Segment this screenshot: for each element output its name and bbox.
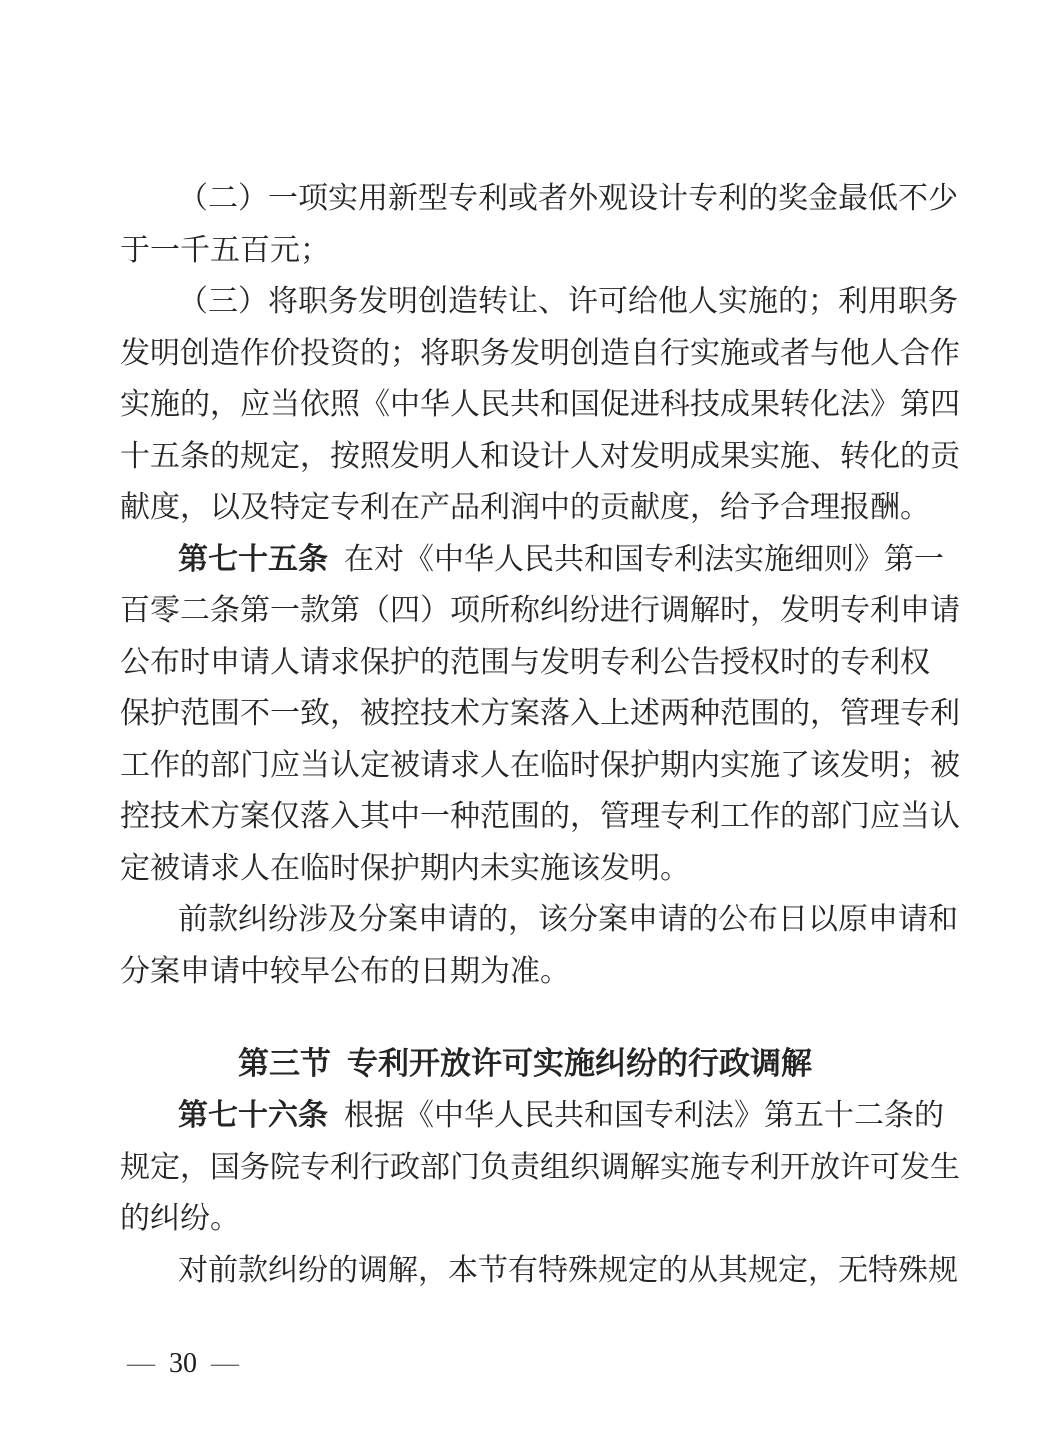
text-line: （三）将职务发明创造转让、许可给他人实施的；利用职务	[120, 276, 930, 328]
section-label: 第三节	[238, 1046, 331, 1081]
line-text: 定被请求人在临时保护期内未实施该发明。	[120, 852, 690, 885]
line-text: 控技术方案仅落入其中一种范围的，管理专利工作的部门应当认	[120, 800, 960, 833]
text-line: 对前款纠纷的调解，本节有特殊规定的从其规定，无特殊规	[120, 1245, 930, 1297]
line-text: 献度，以及特定专利在产品利润中的贡献度，给予合理报酬。	[120, 491, 930, 524]
section-heading: 第三节专利开放许可实施纠纷的行政调解	[120, 1038, 930, 1090]
page-number-dash-right: —	[211, 1346, 239, 1382]
line-text: （三）将职务发明创造转让、许可给他人实施的；利用职务	[178, 285, 958, 318]
line-text: 发明创造作价投资的；将职务发明创造自行实施或者与他人合作	[120, 337, 960, 370]
text-line: 定被请求人在临时保护期内未实施该发明。	[120, 843, 930, 895]
text-line: 献度，以及特定专利在产品利润中的贡献度，给予合理报酬。	[120, 482, 930, 534]
page-number-dash-left: —	[127, 1346, 155, 1382]
section-title: 专利开放许可实施纠纷的行政调解	[347, 1046, 812, 1081]
page-content: （二）一项实用新型专利或者外观设计专利的奖金最低不少 于一千五百元； （三）将职…	[120, 173, 930, 1296]
line-text: 于一千五百元；	[120, 234, 330, 267]
line-text: 公布时申请人请求保护的范围与发明专利公告授权时的专利权	[120, 646, 930, 679]
page-number: — 30 —	[120, 1346, 246, 1382]
text-line: 十五条的规定，按照发明人和设计人对发明成果实施、转化的贡	[120, 431, 930, 483]
line-text: 根据《中华人民共和国专利法》第五十二条的	[344, 1099, 944, 1132]
line-text: 前款纠纷涉及分案申请的，该分案申请的公布日以原申请和	[178, 903, 958, 936]
text-line: 的纠纷。	[120, 1193, 930, 1245]
text-line: 第七十六条根据《中华人民共和国专利法》第五十二条的	[120, 1090, 930, 1142]
text-line: 规定，国务院专利行政部门负责组织调解实施专利开放许可发生	[120, 1142, 930, 1194]
line-text: 工作的部门应当认定被请求人在临时保护期内实施了该发明；被	[120, 749, 960, 782]
line-text: 对前款纠纷的调解，本节有特殊规定的从其规定，无特殊规	[178, 1254, 958, 1287]
line-text: 十五条的规定，按照发明人和设计人对发明成果实施、转化的贡	[120, 440, 960, 473]
document-page: （二）一项实用新型专利或者外观设计专利的奖金最低不少 于一千五百元； （三）将职…	[0, 0, 1039, 1438]
text-line: （二）一项实用新型专利或者外观设计专利的奖金最低不少	[120, 173, 930, 225]
text-line: 于一千五百元；	[120, 225, 930, 277]
line-text: 实施的，应当依照《中华人民共和国促进科技成果转化法》第四	[120, 388, 960, 421]
line-text: 的纠纷。	[120, 1202, 240, 1235]
text-line: 前款纠纷涉及分案申请的，该分案申请的公布日以原申请和	[120, 894, 930, 946]
line-text: 分案申请中较早公布的日期为准。	[120, 955, 570, 988]
line-text: 在对《中华人民共和国专利法实施细则》第一	[344, 543, 944, 576]
line-text: 保护范围不一致，被控技术方案落入上述两种范围的，管理专利	[120, 697, 960, 730]
text-line: 实施的，应当依照《中华人民共和国促进科技成果转化法》第四	[120, 379, 930, 431]
line-text: 百零二条第一款第（四）项所称纠纷进行调解时，发明专利申请	[120, 594, 960, 627]
text-line: 发明创造作价投资的；将职务发明创造自行实施或者与他人合作	[120, 328, 930, 380]
page-number-value: 30	[169, 1346, 197, 1382]
text-line: 控技术方案仅落入其中一种范围的，管理专利工作的部门应当认	[120, 791, 930, 843]
article-76-label: 第七十六条	[178, 1099, 328, 1132]
text-line: 保护范围不一致，被控技术方案落入上述两种范围的，管理专利	[120, 688, 930, 740]
text-line: 工作的部门应当认定被请求人在临时保护期内实施了该发明；被	[120, 740, 930, 792]
line-text: （二）一项实用新型专利或者外观设计专利的奖金最低不少	[178, 182, 958, 215]
text-line: 百零二条第一款第（四）项所称纠纷进行调解时，发明专利申请	[120, 585, 930, 637]
line-text: 规定，国务院专利行政部门负责组织调解实施专利开放许可发生	[120, 1151, 960, 1184]
text-line: 公布时申请人请求保护的范围与发明专利公告授权时的专利权	[120, 637, 930, 689]
text-line: 分案申请中较早公布的日期为准。	[120, 946, 930, 998]
text-line: 第七十五条在对《中华人民共和国专利法实施细则》第一	[120, 534, 930, 586]
article-75-label: 第七十五条	[178, 543, 328, 576]
